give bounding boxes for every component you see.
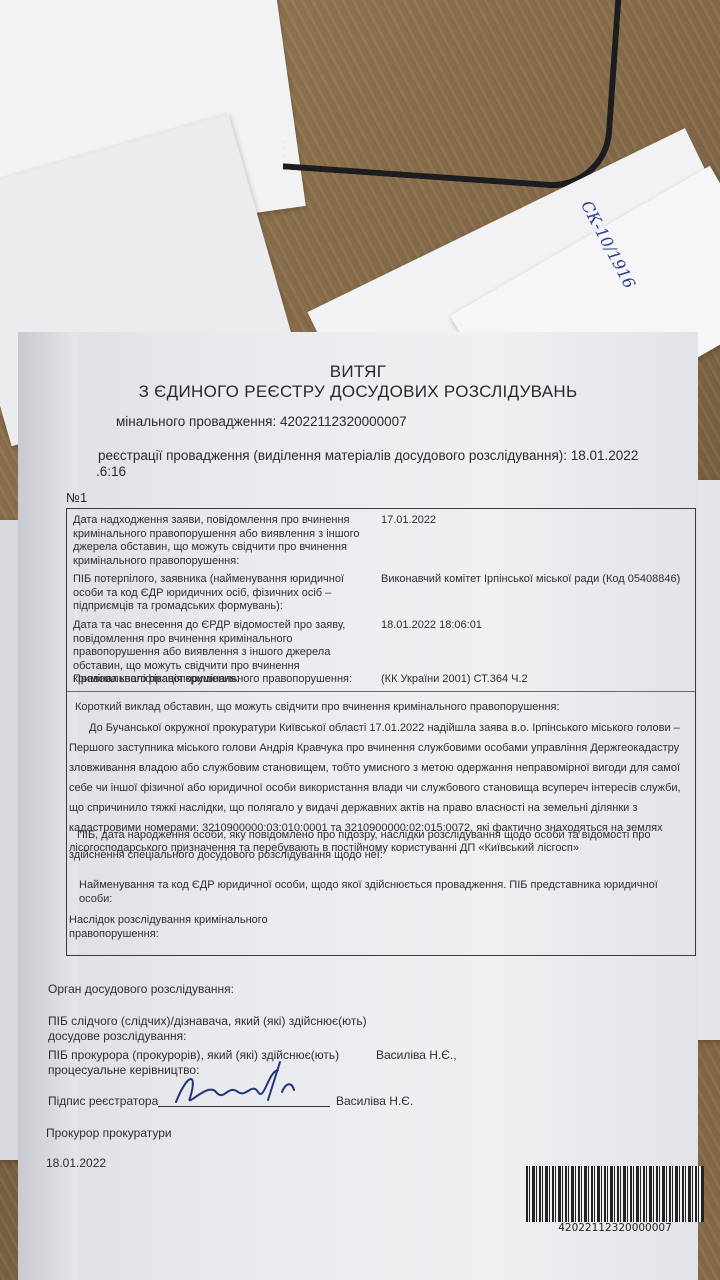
suspect-heading: ПІБ, дата народження особи, яку повідомл…: [69, 825, 691, 865]
background-paper-right: [696, 480, 720, 1040]
position-title: Прокурор прокуратури: [46, 1126, 172, 1141]
registry-table: Дата надходження заяви, повідомлення про…: [66, 508, 696, 956]
section-number: №1: [66, 490, 87, 505]
investigation-body-label: Орган досудового розслідування:: [48, 982, 234, 997]
row-value-application-date: 17.01.2022: [381, 514, 681, 528]
summary-heading: Короткий виклад обставин, що можуть свід…: [75, 701, 685, 715]
registration-time: .6:16: [96, 464, 126, 479]
row-value-entry-datetime: 18.01.2022 18:06:01: [381, 619, 681, 633]
row-label-application-date: Дата надходження заяви, повідомлення про…: [73, 514, 373, 568]
document-title: ВИТЯГ: [18, 362, 698, 382]
proceeding-number: мінального провадження: 4202211232000000…: [116, 414, 407, 429]
investigator-label: ПІБ слідчого (слідчих)/дізнавача, який (…: [48, 1014, 368, 1044]
registry-extract-document: ВИТЯГ З ЄДИНОГО РЕЄСТРУ ДОСУДОВИХ РОЗСЛІ…: [18, 332, 698, 1280]
registrar-signature-label: Підпис реєстратора: [48, 1094, 158, 1109]
row-value-legal-qualification: (КК України 2001) СТ.364 Ч.2: [381, 673, 681, 687]
row-label-legal-qualification: Правова кваліфікація кримінального право…: [73, 673, 373, 687]
row-value-applicant: Виконавчий комітет Ірпінської міської ра…: [381, 573, 681, 587]
result-heading: Наслідок розслідування кримінального пра…: [69, 914, 269, 941]
barcode: [526, 1166, 704, 1222]
registrar-name: Василіва Н.Є.: [336, 1094, 413, 1109]
row-label-applicant: ПІБ потерпілого, заявника (найменування …: [73, 573, 373, 614]
cable: [283, 0, 624, 192]
prosecutor-name: Василіва Н.Є.,: [376, 1048, 457, 1063]
document-subtitle: З ЄДИНОГО РЕЄСТРУ ДОСУДОВИХ РОЗСЛІДУВАНЬ: [18, 382, 698, 402]
legal-entity-heading: Найменування та код ЄДР юридичної особи,…: [79, 879, 689, 906]
barcode-number: 42022112320000007: [526, 1222, 704, 1234]
signature-icon: [168, 1052, 298, 1112]
divider: [67, 691, 695, 692]
document-date: 18.01.2022: [46, 1156, 106, 1171]
registration-date: реєстрації провадження (виділення матері…: [98, 448, 638, 463]
